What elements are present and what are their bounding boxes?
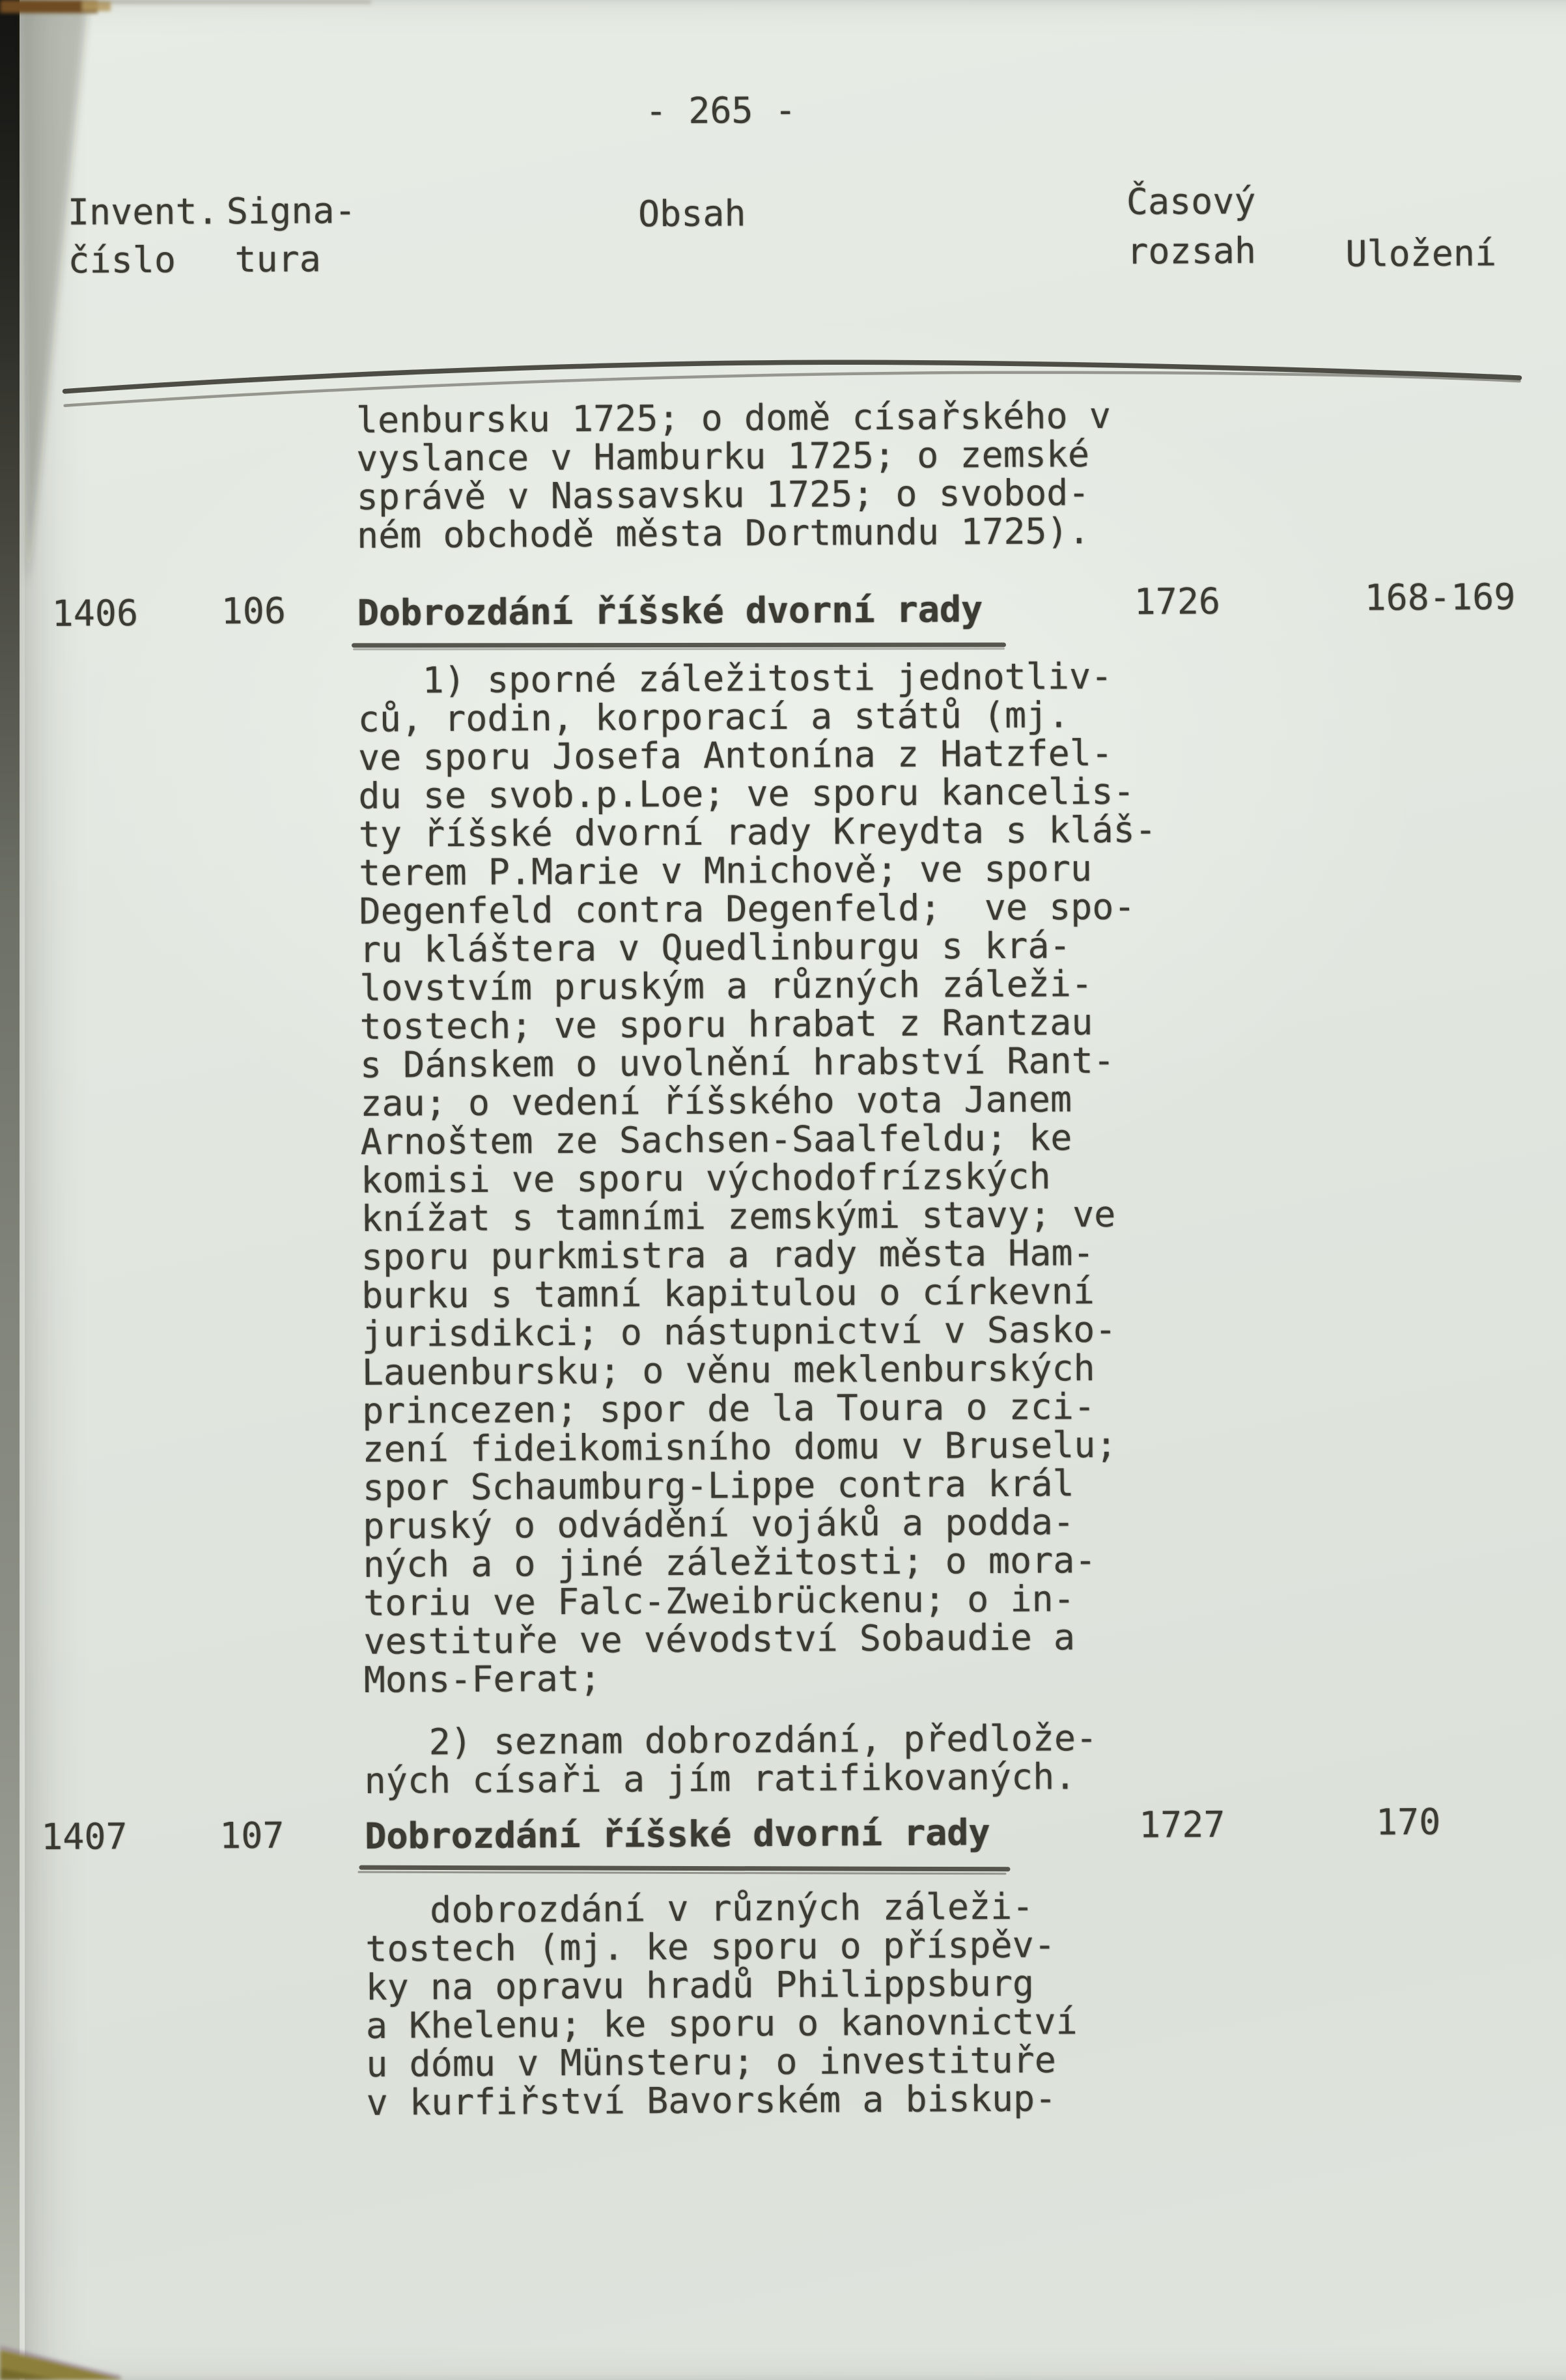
column-header-signatura-line2: tura [234, 240, 321, 279]
entry-1407-storage: 170 [1376, 1803, 1441, 1842]
column-header-invent-line2: číslo [68, 241, 176, 280]
entry-1406-year-range: 1726 [1134, 582, 1220, 621]
entry-1407-year-range: 1727 [1139, 1806, 1225, 1845]
continuation-paragraph: lenbursku 1725; o domě císařského v vysl… [356, 397, 1112, 555]
typewritten-content: - 265 - Invent. číslo Signa- tura Obsah … [0, 0, 1566, 2380]
entry-1406-title-underline [352, 643, 1006, 648]
book-binding-edge [0, 0, 20, 2380]
entry-1407-title-underline [359, 1865, 1010, 1872]
column-header-casovy-line2: rozsah [1126, 232, 1256, 271]
column-header-invent-line1: Invent. [68, 192, 219, 231]
entry-1406-paragraph-2: 2) seznam dobrozdání, předlože- ných cís… [364, 1719, 1098, 1800]
entry-1406-title: Dobrozdání říšské dvorní rady [357, 590, 983, 632]
table-header-rule [0, 347, 1562, 419]
entry-1406-paragraph-1: 1) sporné záležitosti jednotliv- ců, rod… [357, 657, 1162, 1699]
entry-1407-invent-number: 1407 [41, 1817, 128, 1856]
entry-1407-signature: 107 [219, 1817, 285, 1856]
column-header-obsah: Obsah [638, 194, 746, 233]
column-header-casovy-line1: Časový [1126, 182, 1256, 221]
entry-1406-signature: 106 [221, 592, 286, 631]
entry-1406-storage: 168-169 [1364, 578, 1515, 617]
column-header-ulozeni: Uložení [1345, 234, 1496, 273]
column-header-signatura-line1: Signa- [227, 191, 356, 231]
page-number: - 265 - [645, 91, 796, 130]
scanned-archive-inventory-page: - 265 - Invent. číslo Signa- tura Obsah … [0, 0, 1566, 2380]
entry-1407-title: Dobrozdání říšské dvorní rady [365, 1813, 990, 1856]
entry-1407-paragraph-1: dobrozdání v různých záleži- tostech (mj… [365, 1887, 1078, 2122]
entry-1406-invent-number: 1406 [52, 594, 139, 633]
